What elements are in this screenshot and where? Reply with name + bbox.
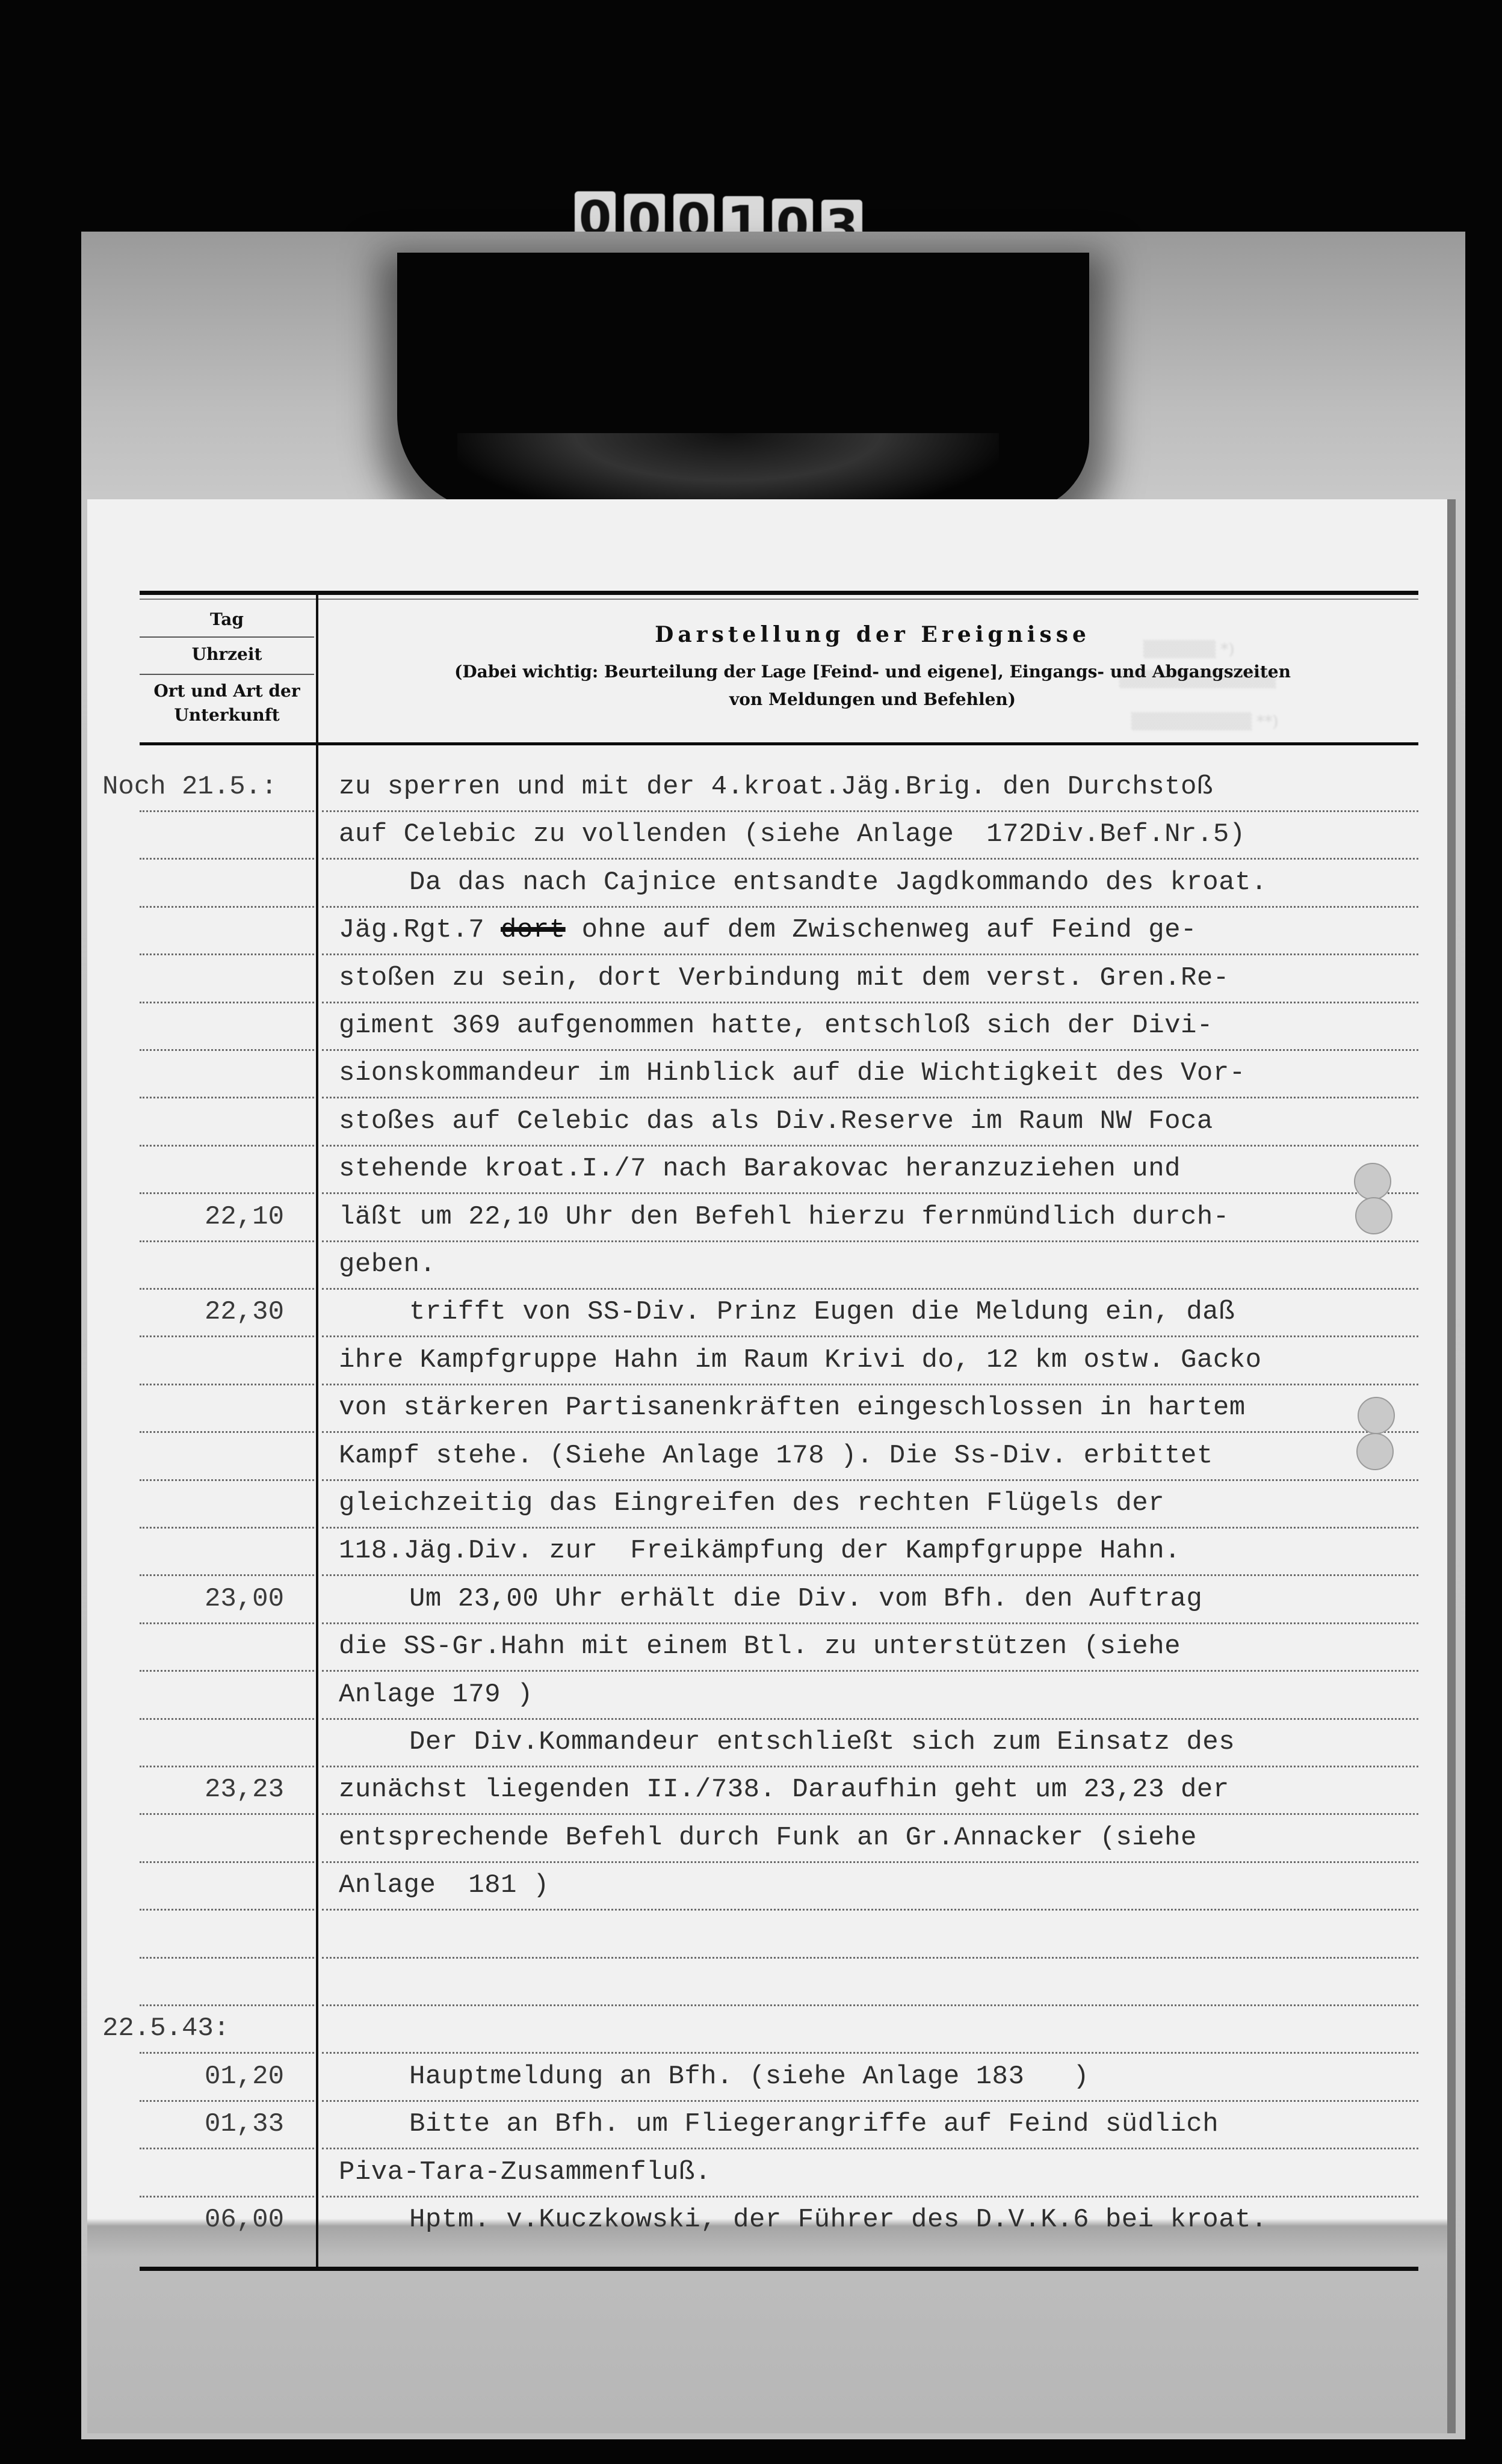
header-right-column: Darstellung der Ereignisse (Dabei wichti… [325,614,1420,713]
entry-text-line: Der Div.Kommandeur entschließt sich zum … [409,1727,1235,1757]
ruled-line [140,1431,314,1433]
punch-hole [1355,1197,1392,1234]
ruled-line [322,1145,1418,1147]
entry-text-line: Kampf stehe. (Siehe Anlage 178 ). Die Ss… [339,1441,1213,1471]
ruled-line [140,1240,314,1242]
entry-text-line: Anlage 181 ) [339,1870,549,1900]
entry-text-line: ihre Kampfgruppe Hahn im Raum Krivi do, … [339,1345,1262,1375]
ruled-line [140,1766,314,1767]
ruled-line [322,1527,1418,1529]
ruled-line [322,1384,1418,1385]
ruled-line [322,953,1418,955]
entry-text-line: zunächst liegenden II./738. Daraufhin ge… [339,1775,1229,1805]
ruled-line [322,1049,1418,1051]
ruled-line [322,2196,1418,2198]
ruled-line [322,2004,1418,2006]
ruled-line [322,906,1418,908]
ruled-line [140,1718,314,1720]
ruled-line [140,1288,314,1290]
ruled-line [322,858,1418,860]
ruled-line [140,2148,314,2149]
ruled-line [140,1145,314,1147]
entry-text-line: Piva-Tara-Zusammenfluß. [339,2157,711,2187]
ruled-line [140,1574,314,1576]
header-subtitle-1: (Dabei wichtig: Beurteilung der Lage [Fe… [325,658,1420,686]
ruled-line [140,2052,314,2054]
ruled-line [140,1192,314,1194]
ruled-line [322,1766,1418,1767]
ruled-line [140,858,314,860]
punch-hole [1354,1163,1391,1200]
header-separator [140,674,314,675]
entry-text-line: stehende kroat.I./7 nach Barakovac heran… [339,1154,1181,1184]
entry-text-before: Jäg.Rgt.7 [339,915,501,945]
entry-time: 23,23 [140,1775,284,1805]
entry-text-line: von stärkeren Partisanenkräften eingesch… [339,1393,1246,1423]
ruled-line [140,1097,314,1098]
column-divider [316,593,318,2271]
ruled-line [322,1335,1418,1337]
ruled-line [322,1097,1418,1098]
entry-text-line: stoßes auf Celebic das als Div.Reserve i… [339,1106,1213,1136]
ruled-line [322,1861,1418,1863]
table-bottom-rule [140,2267,1418,2271]
ruled-line [322,1431,1418,1433]
ruled-line [140,1002,314,1003]
ruled-line [140,2004,314,2006]
header-title: Darstellung der Ereignisse [325,622,1420,647]
entry-text-line: sionskommandeur im Hinblick auf die Wich… [339,1058,1246,1088]
ruled-line [322,1574,1418,1576]
ruled-line [322,1670,1418,1672]
ruled-line [322,1718,1418,1720]
entry-date: 22.5.43: [102,2013,307,2044]
table-top-rule [140,591,1418,595]
ruled-line [322,1240,1418,1242]
ruled-line [140,1622,314,1624]
header-tag: Tag [140,609,314,629]
entry-text-line: zu sperren und mit der 4.kroat.Jäg.Brig.… [339,772,1213,802]
entry-text-after: ohne auf dem Zwischenweg auf Feind ge- [566,915,1197,945]
header-uhrzeit: Uhrzeit [140,644,314,664]
entry-text-line: gleichzeitig das Eingreifen des rechten … [339,1488,1164,1518]
ruled-line [140,1527,314,1529]
punch-hole [1356,1433,1394,1470]
entry-text-line: trifft von SS-Div. Prinz Eugen die Meldu… [409,1297,1235,1327]
entry-time: 22,30 [140,1297,284,1327]
entry-text-line: geben. [339,1249,436,1280]
entry-text-line: Jäg.Rgt.7 dort ohne auf dem Zwischenweg … [339,915,1197,945]
ruled-line [322,1957,1418,1959]
ruled-line [322,1813,1418,1815]
entry-text-line: Hauptmeldung an Bfh. (siehe Anlage 183 ) [409,2062,1089,2092]
entry-text-line: 118.Jäg.Div. zur Freikämpfung der Kampfg… [339,1536,1181,1566]
ruled-line [140,2196,314,2198]
ruled-line [322,1288,1418,1290]
entry-text-line: auf Celebic zu vollenden (siehe Anlage 1… [339,819,1246,849]
entry-time: 06,00 [140,2205,284,2235]
ruled-line [140,1670,314,1672]
entry-text-line: Hptm. v.Kuczkowski, der Führer des D.V.K… [409,2205,1267,2235]
ruled-line [140,1384,314,1385]
ruled-line [140,1813,314,1815]
header-bottom-rule [140,742,1418,745]
ruled-line [140,1049,314,1051]
entry-date: Noch 21.5.: [102,772,307,802]
ruled-line [322,2052,1418,2054]
entry-text-line: entsprechende Befehl durch Funk an Gr.An… [339,1823,1197,1853]
entry-text-line: stoßen zu sein, dort Verbindung mit dem … [339,963,1229,993]
header-left-column: Tag Uhrzeit Ort und Art der Unterkunft [140,599,314,743]
header-subtitle-2: von Meldungen und Befehlen) [325,686,1420,713]
ruled-line [322,1479,1418,1481]
header-separator [140,636,314,638]
ruled-line [322,1192,1418,1194]
entry-text-line: Anlage 179 ) [339,1680,533,1710]
ruled-line [322,2148,1418,2149]
ruled-line [140,1957,314,1959]
ruled-line [140,1335,314,1337]
ruled-line [322,1622,1418,1624]
entry-time: 01,33 [140,2109,284,2139]
ruled-line [140,953,314,955]
punch-hole [1358,1397,1395,1434]
table-top-rule-thin [140,599,1418,600]
entry-time: 23,00 [140,1584,284,1614]
entry-text-line: Um 23,00 Uhr erhält die Div. vom Bfh. de… [409,1584,1202,1614]
entry-text-line: giment 369 aufgenommen hatte, entschloß … [339,1011,1213,1041]
ruled-line [140,1479,314,1481]
ruled-line [140,1909,314,1911]
struck-out-word: dort [501,915,566,945]
ruled-line [140,810,314,812]
ruled-line [140,906,314,908]
entry-text-line: Da das nach Cajnice entsandte Jagdkomman… [409,867,1267,898]
ruled-line [322,1909,1418,1911]
ruled-line [140,2100,314,2102]
ruled-line [322,810,1418,812]
ruled-line [322,2100,1418,2102]
entry-time: 01,20 [140,2062,284,2092]
ruled-line [322,1002,1418,1003]
entry-text-line: die SS-Gr.Hahn mit einem Btl. zu unterst… [339,1631,1181,1662]
entry-time: 22,10 [140,1202,284,1232]
header-ort: Ort und Art der Unterkunft [140,679,314,727]
entry-text-line: Bitte an Bfh. um Fliegerangriffe auf Fei… [409,2109,1219,2139]
bleed-through-text: ▒▒▒▒▒▒▒▒▒▒ **) [1131,713,1278,731]
entry-text-line: läßt um 22,10 Uhr den Befehl hierzu fern… [339,1202,1229,1232]
ruled-line [140,1861,314,1863]
